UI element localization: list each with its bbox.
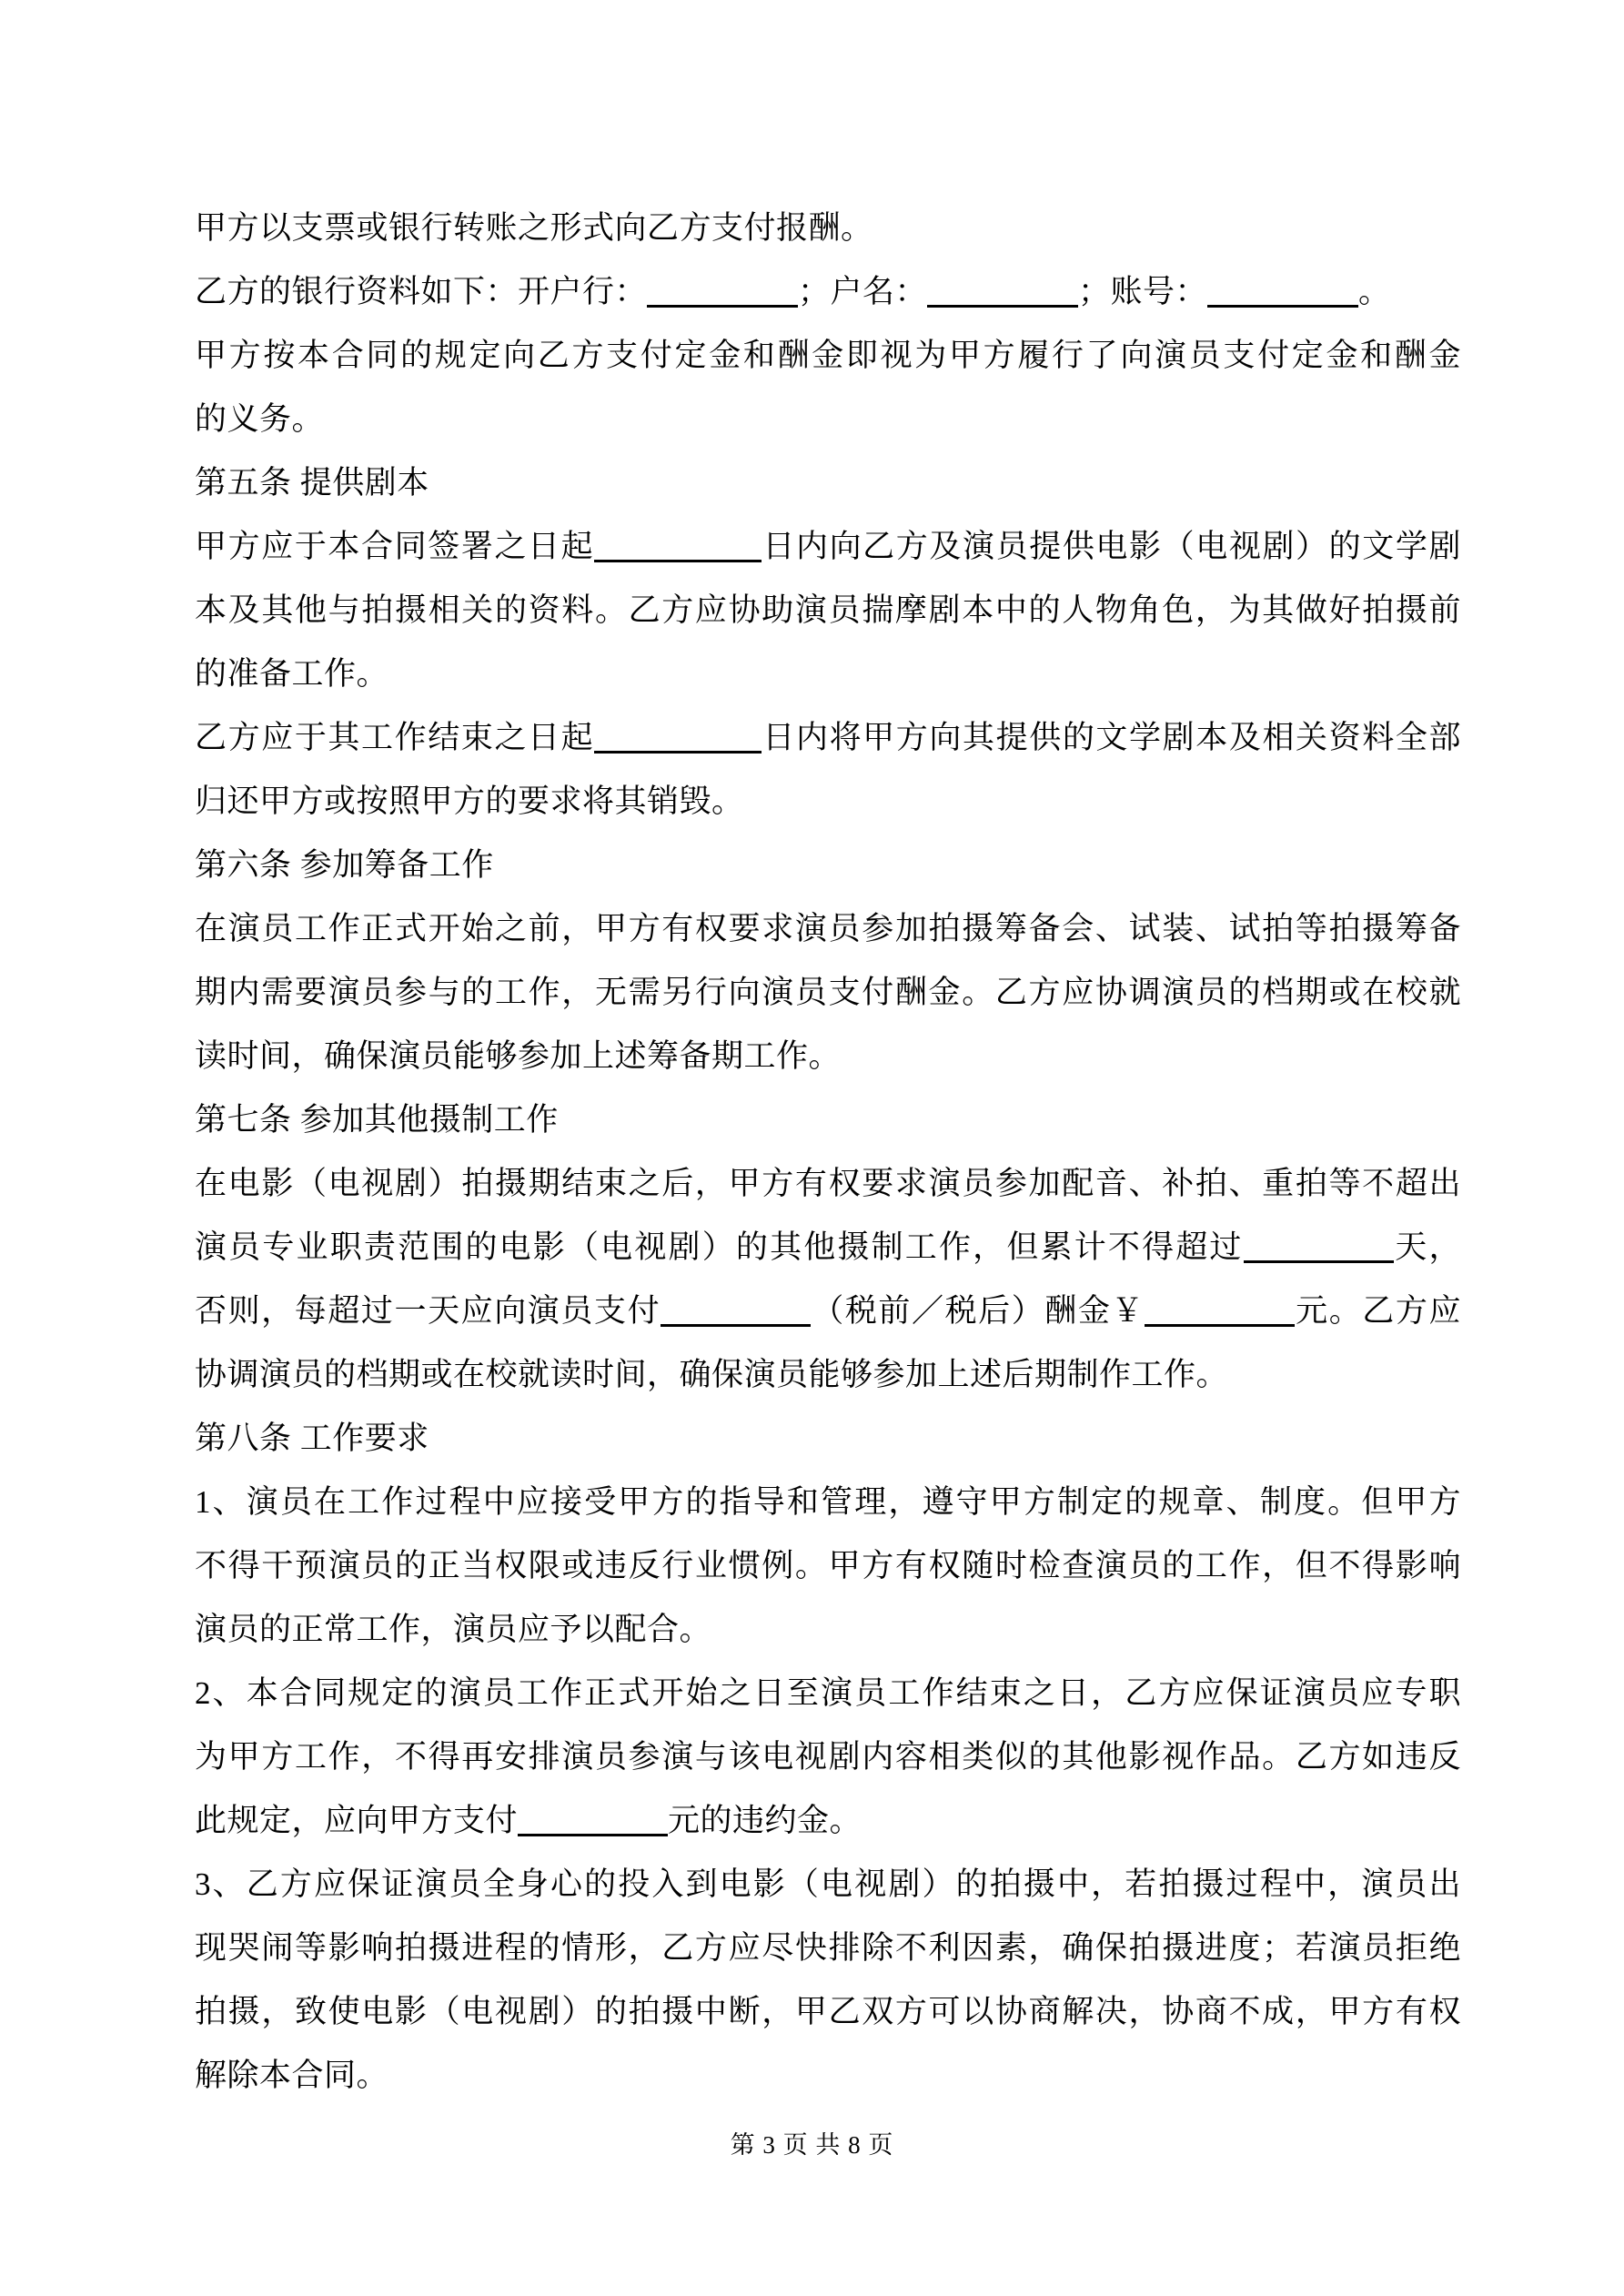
text-run: ；账号： xyxy=(1078,274,1207,309)
text-run: 元的违约金。 xyxy=(668,1803,862,1838)
text-line: 演员专业职责范围的电影（电视剧）的其他摄制工作，但累计不得超过天， xyxy=(195,1216,1461,1279)
text-line: 甲方应于本合同签署之日起日内向乙方及演员提供电影（电视剧）的文学剧 xyxy=(195,515,1461,579)
text-line: 读时间，确保演员能够参加上述筹备期工作。 xyxy=(195,1025,1461,1088)
text-run: ；户名： xyxy=(798,274,927,309)
text-line: 乙方应于其工作结束之日起日内将甲方向其提供的文学剧本及相关资料全部 xyxy=(195,706,1461,770)
text-run: 日内将甲方向其提供的文学剧本及相关资料全部 xyxy=(762,720,1461,755)
text-run: 在电影（电视剧）拍摄期结束之后，甲方有权要求演员参加配音、补拍、重拍等不超出 xyxy=(195,1166,1461,1201)
text-line: 2、本合同规定的演员工作正式开始之日至演员工作结束之日，乙方应保证演员应专职 xyxy=(195,1662,1461,1725)
text-line: 解除本合同。 xyxy=(195,2044,1461,2108)
text-line: 不得干预演员的正当权限或违反行业惯例。甲方有权随时检查演员的工作，但不得影响 xyxy=(195,1534,1461,1598)
text-run: 此规定，应向甲方支付 xyxy=(195,1803,518,1838)
blank-field xyxy=(1145,1322,1295,1327)
text-run: 不得干预演员的正当权限或违反行业惯例。甲方有权随时检查演员的工作，但不得影响 xyxy=(195,1548,1461,1583)
blank-field xyxy=(1244,1259,1394,1263)
text-line: 演员的正常工作，演员应予以配合。 xyxy=(195,1598,1461,1662)
text-run: 3、乙方应保证演员全身心的投入到电影（电视剧）的拍摄中，若拍摄过程中，演员出 xyxy=(195,1866,1461,1902)
text-run: 为甲方工作，不得再安排演员参演与该电视剧内容相类似的其他影视作品。乙方如违反 xyxy=(195,1739,1461,1775)
section-heading: 第八条 工作要求 xyxy=(195,1407,1461,1471)
text-run: 2、本合同规定的演员工作正式开始之日至演员工作结束之日，乙方应保证演员应专职 xyxy=(195,1675,1461,1711)
text-run: 在演员工作正式开始之前，甲方有权要求演员参加拍摄筹备会、试装、试拍等拍摄筹备 xyxy=(195,911,1461,946)
text-line: 本及其他与拍摄相关的资料。乙方应协助演员揣摩剧本中的人物角色，为其做好拍摄前 xyxy=(195,579,1461,642)
text-run: 的准备工作。 xyxy=(195,656,388,692)
section-heading: 第六条 参加筹备工作 xyxy=(195,834,1461,897)
contract-page: 甲方以支票或银行转账之形式向乙方支付报酬。乙方的银行资料如下：开户行：；户名：；… xyxy=(0,0,1624,2296)
text-run: 元。乙方应 xyxy=(1295,1293,1461,1329)
blank-field xyxy=(927,303,1078,308)
text-line: 甲方以支票或银行转账之形式向乙方支付报酬。 xyxy=(195,197,1461,260)
text-run: 现哭闹等影响拍摄进程的情形，乙方应尽快排除不利因素，确保拍摄进度；若演员拒绝 xyxy=(195,1930,1461,1966)
text-run: 读时间，确保演员能够参加上述筹备期工作。 xyxy=(195,1038,841,1074)
text-run: 。 xyxy=(1358,274,1391,309)
text-run: 第八条 工作要求 xyxy=(195,1421,429,1456)
blank-field xyxy=(594,558,762,562)
text-run: 协调演员的档期或在校就读时间，确保演员能够参加上述后期制作工作。 xyxy=(195,1357,1228,1392)
text-run: 乙方应于其工作结束之日起 xyxy=(195,720,594,755)
text-run: 第六条 参加筹备工作 xyxy=(195,847,494,883)
text-run: 天， xyxy=(1394,1229,1461,1265)
text-run: 的义务。 xyxy=(195,401,324,437)
text-run: 第七条 参加其他摄制工作 xyxy=(195,1102,559,1138)
text-run: 归还甲方或按照甲方的要求将其销毁。 xyxy=(195,784,744,819)
text-run: 甲方应于本合同签署之日起 xyxy=(195,529,594,564)
text-run: 否则，每超过一天应向演员支付 xyxy=(195,1293,661,1329)
text-run: 甲方按本合同的规定向乙方支付定金和酬金即视为甲方履行了向演员支付定金和酬金 xyxy=(195,338,1461,373)
text-line: 1、演员在工作过程中应接受甲方的指导和管理，遵守甲方制定的规章、制度。但甲方 xyxy=(195,1471,1461,1534)
blank-field xyxy=(594,749,762,754)
contract-body: 甲方以支票或银行转账之形式向乙方支付报酬。乙方的银行资料如下：开户行：；户名：；… xyxy=(195,197,1461,2108)
text-line: 协调演员的档期或在校就读时间，确保演员能够参加上述后期制作工作。 xyxy=(195,1343,1461,1407)
text-line: 在电影（电视剧）拍摄期结束之后，甲方有权要求演员参加配音、补拍、重拍等不超出 xyxy=(195,1152,1461,1216)
text-run: （税前／税后）酬金￥ xyxy=(811,1293,1145,1329)
text-run: 解除本合同。 xyxy=(195,2058,388,2093)
blank-field xyxy=(1207,303,1358,308)
section-heading: 第五条 提供剧本 xyxy=(195,451,1461,515)
text-line: 此规定，应向甲方支付元的违约金。 xyxy=(195,1789,1461,1853)
text-run: 日内向乙方及演员提供电影（电视剧）的文学剧 xyxy=(762,529,1461,564)
text-line: 否则，每超过一天应向演员支付（税前／税后）酬金￥元。乙方应 xyxy=(195,1279,1461,1343)
text-run: 乙方的银行资料如下：开户行： xyxy=(195,274,647,309)
text-run: 演员专业职责范围的电影（电视剧）的其他摄制工作，但累计不得超过 xyxy=(195,1229,1244,1265)
text-line: 归还甲方或按照甲方的要求将其销毁。 xyxy=(195,770,1461,834)
text-line: 的准备工作。 xyxy=(195,642,1461,706)
text-run: 期内需要演员参与的工作，无需另行向演员支付酬金。乙方应协调演员的档期或在校就 xyxy=(195,975,1461,1010)
text-run: 拍摄，致使电影（电视剧）的拍摄中断，甲乙双方可以协商解决，协商不成，甲方有权 xyxy=(195,1994,1461,2029)
text-line: 3、乙方应保证演员全身心的投入到电影（电视剧）的拍摄中，若拍摄过程中，演员出 xyxy=(195,1853,1461,1917)
blank-field xyxy=(518,1832,668,1836)
text-run: 甲方以支票或银行转账之形式向乙方支付报酬。 xyxy=(195,210,873,246)
text-line: 甲方按本合同的规定向乙方支付定金和酬金即视为甲方履行了向演员支付定金和酬金 xyxy=(195,324,1461,388)
text-run: 1、演员在工作过程中应接受甲方的指导和管理，遵守甲方制定的规章、制度。但甲方 xyxy=(195,1484,1461,1520)
text-run: 本及其他与拍摄相关的资料。乙方应协助演员揣摩剧本中的人物角色，为其做好拍摄前 xyxy=(195,592,1461,628)
text-run: 第五条 提供剧本 xyxy=(195,465,429,501)
blank-field xyxy=(661,1322,811,1327)
page-footer: 第 3 页 共 8 页 xyxy=(0,2126,1624,2164)
text-line: 现哭闹等影响拍摄进程的情形，乙方应尽快排除不利因素，确保拍摄进度；若演员拒绝 xyxy=(195,1917,1461,1980)
section-heading: 第七条 参加其他摄制工作 xyxy=(195,1088,1461,1152)
text-line: 的义务。 xyxy=(195,388,1461,451)
text-run: 演员的正常工作，演员应予以配合。 xyxy=(195,1612,711,1647)
text-line: 为甲方工作，不得再安排演员参演与该电视剧内容相类似的其他影视作品。乙方如违反 xyxy=(195,1725,1461,1789)
blank-field xyxy=(647,303,798,308)
text-line: 乙方的银行资料如下：开户行：；户名：；账号：。 xyxy=(195,260,1461,324)
text-line: 拍摄，致使电影（电视剧）的拍摄中断，甲乙双方可以协商解决，协商不成，甲方有权 xyxy=(195,1980,1461,2044)
text-line: 期内需要演员参与的工作，无需另行向演员支付酬金。乙方应协调演员的档期或在校就 xyxy=(195,961,1461,1025)
text-line: 在演员工作正式开始之前，甲方有权要求演员参加拍摄筹备会、试装、试拍等拍摄筹备 xyxy=(195,897,1461,961)
